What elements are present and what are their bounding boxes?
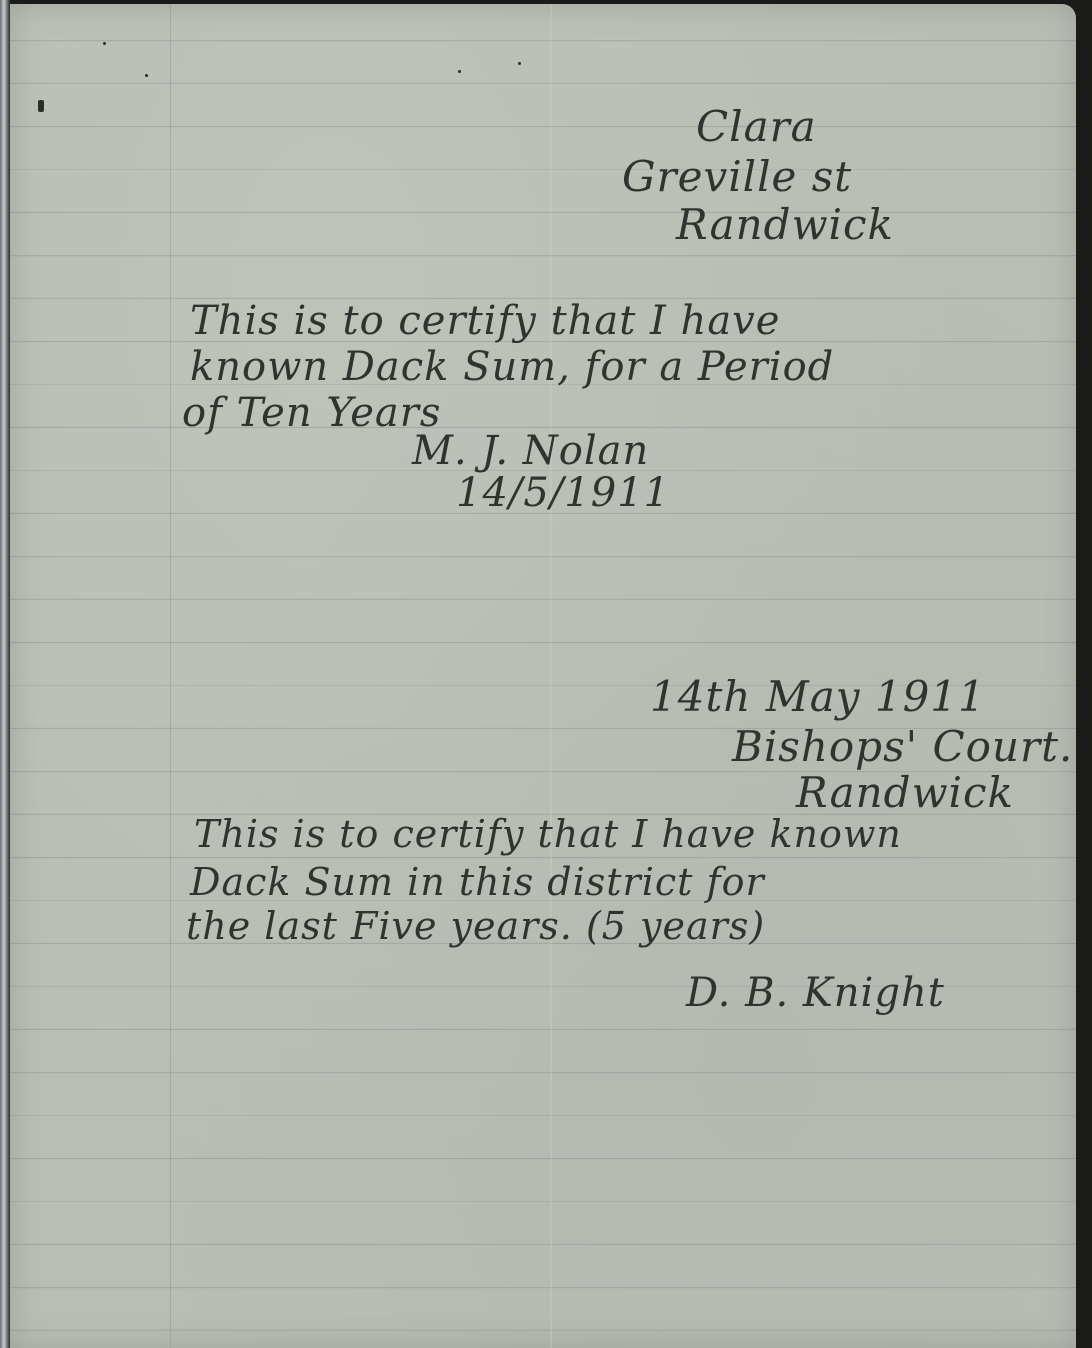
body-line-1: This is to certify that I have [190,298,780,344]
body-line-3: the last Five years. (5 years) [186,904,765,948]
address-line-1: Bishops' Court. [732,724,1073,770]
margin-rule [170,4,171,1348]
address-line-2: Randwick [796,770,1014,816]
speck [518,62,521,65]
ink-blot [38,100,44,112]
signature: M. J. Nolan [412,428,649,474]
paper-fold [550,4,552,1348]
signature: D. B. Knight [686,970,945,1016]
speck [145,74,148,77]
letter-date: 14th May 1911 [650,674,986,720]
signature-date: 14/5/1911 [456,470,670,516]
scan-left-edge [0,0,10,1348]
body-line-1: This is to certify that I have known [194,812,902,856]
address-line-3: Randwick [676,202,894,248]
address-line-1: Clara [696,104,817,150]
body-line-2: known Dack Sum, for a Period [190,344,834,390]
body-line-3: of Ten Years [182,390,441,436]
address-line-2: Greville st [622,154,852,200]
speck [458,70,461,73]
paper-sheet: Clara Greville st Randwick This is to ce… [10,4,1076,1348]
speck [103,42,106,45]
body-line-2: Dack Sum in this district for [190,860,765,904]
